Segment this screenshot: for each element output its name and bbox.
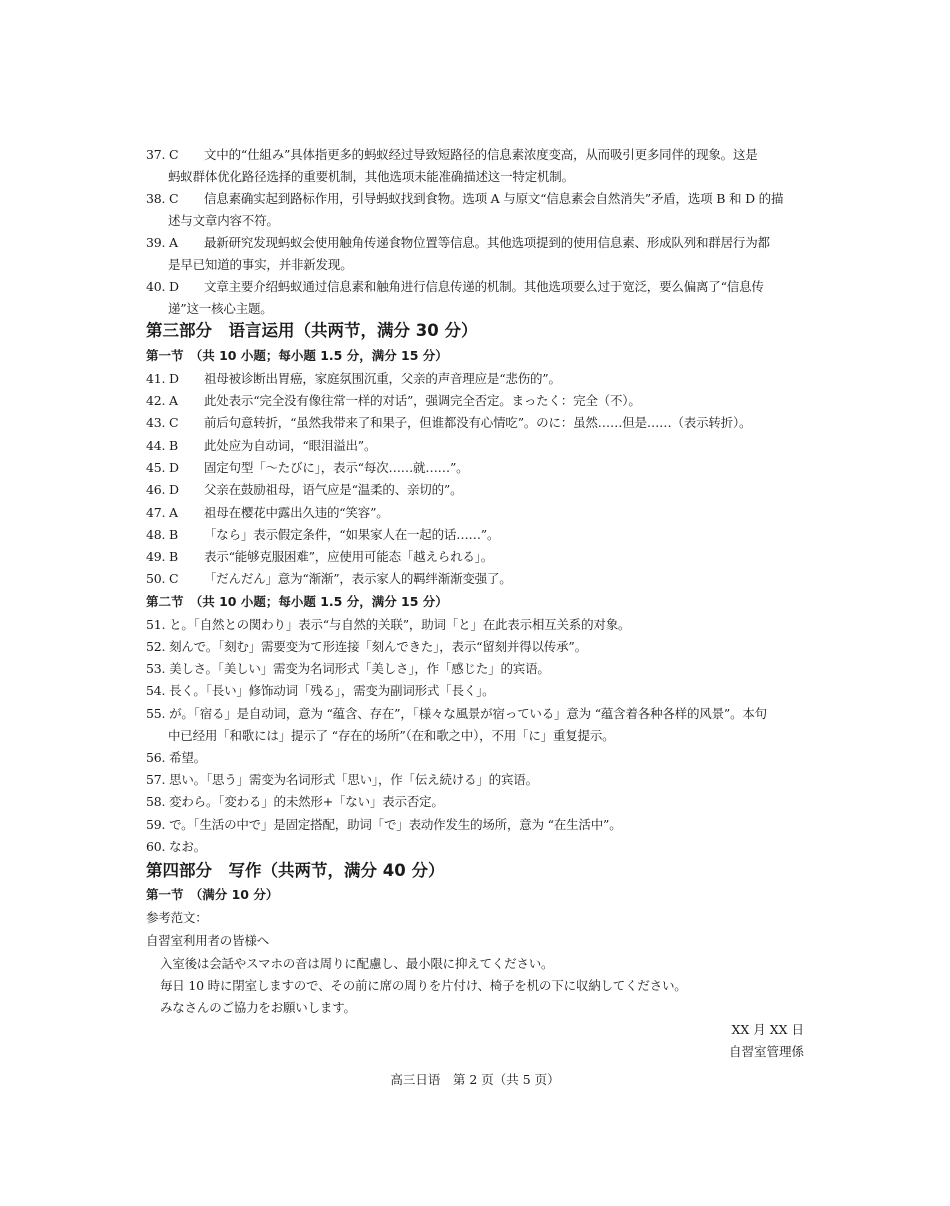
- item-number: 44. B: [146, 436, 186, 456]
- item-text: 文中的“仕組み”具体指更多的蚂蚁经过导致短路径的信息素浓度变高，从而吸引更多同伴…: [204, 147, 758, 162]
- item-number: 51.: [146, 617, 165, 632]
- letter-signature: 自習室管理係: [729, 1042, 804, 1062]
- item-number: 60.: [146, 839, 165, 854]
- item-text: と。「自然との関わり」表示“与自然的关联”，助词「と」在此表示相互关系的对象。: [169, 617, 630, 632]
- item-text: 前后句意转折，“虽然我带来了和果子，但谁都没有心情吃”。のに：虽然……但是……（…: [204, 415, 751, 430]
- item-text: 「だんだん」意为“渐渐”，表示家人的羁绊渐渐变强了。: [204, 571, 512, 586]
- answer-item-39: 39. A最新研究发现蚂蚁会使用触角传递食物位置等信息。其他选项提到的使用信息素…: [146, 233, 808, 253]
- item-text: 思い。「思う」需变为名词形式「思い」，作「伝え続ける」的宾语。: [169, 772, 538, 787]
- item-number: 46. D: [146, 480, 186, 500]
- item-text: 父亲在鼓励祖母，语气应是“温柔的、亲切的”。: [204, 482, 462, 497]
- item-number: 53.: [146, 661, 165, 676]
- answer-item-45: 45. D固定句型「～たびに」，表示“每次……就……”。: [146, 458, 808, 478]
- item-number: 40. D: [146, 277, 186, 297]
- item-number: 49. B: [146, 547, 186, 567]
- item-number: 42. A: [146, 391, 186, 411]
- part3-section2-heading: 第二节 （共 10 小题；每小题 1.5 分，满分 15 分）: [146, 592, 448, 612]
- answer-item-40: 40. D文章主要介绍蚂蚁通过信息素和触角进行信息传递的机制。其他选项要么过于宽…: [146, 277, 808, 297]
- letter-body-line-2: 毎日 10 時に閉室しますので、その前に席の周りを片付け、椅子を机の下に収納して…: [160, 976, 800, 996]
- item-number: 56.: [146, 750, 165, 765]
- part3-section1-heading: 第一节 （共 10 小题；每小题 1.5 分，满分 15 分）: [146, 346, 448, 366]
- answer-item-51: 51. と。「自然との関わり」表示“与自然的关联”，助词「と」在此表示相互关系的…: [146, 615, 808, 635]
- item-text: 文章主要介绍蚂蚁通过信息素和触角进行信息传递的机制。其他选项要么过于宽泛，要么偏…: [204, 279, 764, 294]
- item-number: 41. D: [146, 369, 186, 389]
- item-number: 45. D: [146, 458, 186, 478]
- answer-item-38: 38. C信息素确实起到路标作用，引导蚂蚁找到食物。选项 A 与原文“信息素会自…: [146, 189, 808, 209]
- item-number: 52.: [146, 639, 165, 654]
- answer-item-46: 46. D父亲在鼓励祖母，语气应是“温柔的、亲切的”。: [146, 480, 808, 500]
- item-text: 美しさ。「美しい」需变为名词形式「美しさ」，作「感じた」的宾语。: [169, 661, 550, 676]
- answer-item-44: 44. B此处应为自动词，“眼泪溢出”。: [146, 436, 808, 456]
- item-text: 長く。「長い」修饰动词「残る」，需变为副词形式「長く」。: [169, 683, 494, 698]
- sample-label: 参考范文：: [146, 908, 808, 928]
- letter-salutation: 自習室利用者の皆様へ: [146, 931, 808, 951]
- item-number: 54.: [146, 683, 165, 698]
- item-text: 祖母被诊断出胃癌，家庭氛围沉重，父亲的声音理应是“悲伤的”。: [204, 371, 561, 386]
- answer-item-59: 59. で。「生活の中で」是固定搭配，助词「で」表动作发生的场所，意为 “在生活…: [146, 815, 808, 835]
- item-text: 表示“能够克服困难”，应使用可能态「越えられる」。: [204, 549, 493, 564]
- answer-item-57: 57. 思い。「思う」需变为名词形式「思い」，作「伝え続ける」的宾语。: [146, 770, 808, 790]
- item-text: 此处表示“完全没有像往常一样的对话”，强调完全否定。まったく：完全（不）。: [204, 393, 641, 408]
- answer-item-50: 50. C「だんだん」意为“渐渐”，表示家人的羁绊渐渐变强了。: [146, 569, 808, 589]
- item-number: 37. C: [146, 145, 186, 165]
- answer-item-49: 49. B表示“能够克服困难”，应使用可能态「越えられる」。: [146, 547, 808, 567]
- item-number: 58.: [146, 794, 165, 809]
- item-number: 50. C: [146, 569, 186, 589]
- item-number: 59.: [146, 817, 165, 832]
- answer-item-53: 53. 美しさ。「美しい」需变为名词形式「美しさ」，作「感じた」的宾语。: [146, 659, 808, 679]
- item-text: 刻んで。「刻む」需要变为て形连接「刻んできた」，表示“留刻并得以传承”。: [169, 639, 587, 654]
- answer-item-52: 52. 刻んで。「刻む」需要变为て形连接「刻んできた」，表示“留刻并得以传承”。: [146, 637, 808, 657]
- answer-item-60: 60. なお。: [146, 837, 808, 857]
- item-number: 38. C: [146, 189, 186, 209]
- item-number: 43. C: [146, 413, 186, 433]
- item-number: 48. B: [146, 525, 186, 545]
- answer-item-38-cont: 述与文章内容不符。: [168, 211, 808, 231]
- item-text: 「なら」表示假定条件，“如果家人在一起的话……”。: [204, 527, 499, 542]
- part4-heading: 第四部分 写作（共两节，满分 40 分）: [146, 860, 444, 882]
- answer-item-39-cont: 是早已知道的事实，并非新发现。: [168, 255, 808, 275]
- item-text: 此处应为自动词，“眼泪溢出”。: [204, 438, 376, 453]
- answer-item-43: 43. C前后句意转折，“虽然我带来了和果子，但谁都没有心情吃”。のに：虽然………: [146, 413, 808, 433]
- answer-item-41: 41. D祖母被诊断出胃癌，家庭氛围沉重，父亲的声音理应是“悲伤的”。: [146, 369, 808, 389]
- item-number: 55.: [146, 706, 165, 721]
- letter-date: XX 月 XX 日: [731, 1020, 804, 1040]
- answer-key-page: 37. C文中的“仕組み”具体指更多的蚂蚁经过导致短路径的信息素浓度变高，从而吸…: [0, 0, 950, 1206]
- answer-item-56: 56. 希望。: [146, 748, 808, 768]
- answer-item-42: 42. A此处表示“完全没有像往常一样的对话”，强调完全否定。まったく：完全（不…: [146, 391, 808, 411]
- item-text: 信息素确实起到路标作用，引导蚂蚁找到食物。选项 A 与原文“信息素会自然消失”矛…: [204, 191, 783, 206]
- item-text: で。「生活の中で」是固定搭配，助词「で」表动作发生的场所，意为 “在生活中”。: [169, 817, 621, 832]
- answer-item-55: 55. が。「宿る」是自动词，意为 “蕴含、存在”，「様々な風景が宿っている」意…: [146, 704, 808, 724]
- item-text: が。「宿る」是自动词，意为 “蕴含、存在”，「様々な風景が宿っている」意为 “蕴…: [169, 706, 767, 721]
- part4-section1-heading: 第一节 （满分 10 分）: [146, 885, 278, 905]
- item-number: 57.: [146, 772, 165, 787]
- letter-body-line-1: 入室後は会話やスマホの音は周りに配慮し、最小限に抑えてください。: [160, 954, 800, 974]
- item-number: 39. A: [146, 233, 186, 253]
- item-text: 最新研究发现蚂蚁会使用触角传递食物位置等信息。其他选项提到的使用信息素、形成队列…: [204, 235, 770, 250]
- answer-item-48: 48. B「なら」表示假定条件，“如果家人在一起的话……”。: [146, 525, 808, 545]
- item-number: 47. A: [146, 503, 186, 523]
- answer-item-40-cont: 递”这一核心主题。: [168, 299, 808, 319]
- item-text: なお。: [169, 839, 206, 854]
- answer-item-58: 58. 変わら。「変わる」的未然形+「ない」表示否定。: [146, 792, 808, 812]
- answer-item-37: 37. C文中的“仕組み”具体指更多的蚂蚁经过导致短路径的信息素浓度变高，从而吸…: [146, 145, 808, 165]
- item-text: 変わら。「変わる」的未然形+「ない」表示否定。: [169, 794, 444, 809]
- part3-heading: 第三部分 语言运用（共两节，满分 30 分）: [146, 320, 477, 342]
- page-footer: 高三日语 第 2 页（共 5 页）: [0, 1070, 950, 1090]
- answer-item-47: 47. A祖母在樱花中露出久违的“笑容”。: [146, 503, 808, 523]
- item-text: 希望。: [169, 750, 206, 765]
- item-text: 固定句型「～たびに」，表示“每次……就……”。: [204, 460, 468, 475]
- answer-item-54: 54. 長く。「長い」修饰动词「残る」，需变为副词形式「長く」。: [146, 681, 808, 701]
- letter-body-line-3: みなさんのご協力をお願いします。: [160, 998, 800, 1018]
- answer-item-37-cont: 蚂蚁群体优化路径选择的重要机制，其他选项未能准确描述这一特定机制。: [168, 167, 808, 187]
- answer-item-55-cont: 中已经用「和歌には」提示了 “存在的场所”（在和歌之中），不用「に」重复提示。: [168, 726, 808, 746]
- item-text: 祖母在樱花中露出久违的“笑容”。: [204, 505, 389, 520]
